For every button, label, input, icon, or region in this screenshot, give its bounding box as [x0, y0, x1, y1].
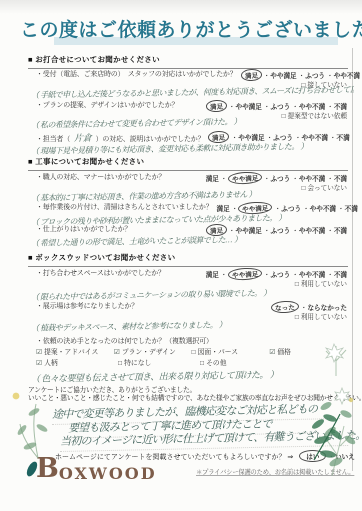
question-label: ・プランの提案、デザインはいかがでしたか？ — [36, 100, 178, 110]
checkbox-icon — [114, 348, 120, 356]
checkbox-icon — [118, 360, 122, 367]
option-somewhat-satisfied: やや満足 — [227, 267, 262, 281]
boxwood-logo: B OXWOOD — [24, 455, 157, 482]
checkbox-icon — [192, 349, 196, 356]
handwritten-manager-name: 片倉 — [70, 133, 96, 143]
decision-checkbox-row-1: 提案・アドバイス プラン・デザイン 図面・パース 価格 — [36, 346, 347, 356]
question-label: ・打ち合わせスペースはいかがでしたか？ — [36, 268, 165, 278]
logo-rest: OXWOOD — [59, 466, 157, 482]
decision-item: 図面・パース — [192, 346, 270, 356]
checkbox-icon — [36, 348, 42, 356]
option-somewhat-satisfied: やや満足 — [236, 101, 262, 111]
option-full-satisfied: 満足 — [217, 203, 230, 213]
decision-item: 特になし — [118, 357, 200, 367]
question-craftsmen: ・職人の対応、マナーはいかがでしたか？ 満足やや満足ふつうやや不満不満 — [36, 172, 347, 184]
survey-scan-page: この度はご依頼ありがとうございました ■ お打合せについてお聞かせください ・受… — [0, 0, 362, 511]
question-label: ・担当者（片倉）の対応、説明はいかがでしたか？ — [36, 131, 204, 144]
question-label: ・展示場は参考になりましたか？ — [36, 301, 138, 311]
question-label: ・職人の対応、マナーはいかがでしたか？ — [36, 172, 165, 182]
checkbox-icon — [269, 348, 275, 356]
question-label: ・仕上がりはいかがでしたか？ — [36, 224, 131, 234]
question-label: ・毎作業後の片付け、清掃はきちんとされていましたか？ — [36, 202, 213, 212]
decision-item: 人柄 — [36, 357, 118, 367]
hp-options: はいいいえ — [299, 454, 355, 461]
question-label: ・受付（電話、ご来店時の） スタッフの対応はいかがでしたか？ — [36, 69, 237, 79]
question-label: ・依頼の決め手となったのは何でしたか？（複数選択可） — [36, 336, 213, 346]
section-boxwood-header: ■ ボックスウッドついてお聞かせください — [28, 252, 348, 267]
option-neutral: ふつう — [270, 269, 290, 279]
section-construction-header: ■ 工事についてお聞かせください — [28, 156, 348, 171]
decision-item: プラン・デザイン — [114, 346, 192, 356]
checkbox-icon — [200, 360, 204, 367]
question-decision-factor: ・依頼の決め手となったのは何でしたか？（複数選択可） — [36, 336, 347, 346]
option-full-satisfied: 満足 — [205, 99, 227, 112]
section-meeting-header: ■ お打合せについてお聞かせください — [28, 54, 348, 69]
scan-edge-line — [352, 48, 353, 471]
option-somewhat-satisfied: やや満足 — [238, 132, 264, 142]
option-no: いいえ — [335, 451, 355, 461]
decision-item: その他 — [200, 357, 282, 367]
handwritten-answer: （ 植栽やデッキスペース、素材など参考になりました。 ） — [31, 317, 354, 334]
checkbox-icon — [36, 359, 42, 367]
privacy-note: ＊プライバシー保護のため、お名前は掲載いたしません。 — [196, 467, 348, 476]
option-yes: はい — [299, 450, 326, 462]
option-somewhat-satisfied: やや満足 — [270, 70, 296, 80]
option-neutral: ふつう — [270, 173, 290, 183]
option-full-satisfied: 満足 — [206, 269, 219, 279]
handwritten-answer: （ 私の希望条件に合わせて変更も合わせてデザイン頂けた。 ） — [31, 114, 354, 131]
logo-initial: B — [36, 455, 59, 482]
arrow-icon: ⇒ — [287, 454, 293, 461]
handwritten-answer: （ 色々な要望も伝えさせて頂き、出来る限り対応して頂けた。 ） — [31, 366, 354, 385]
option-separator — [262, 73, 271, 80]
option-full-satisfied: 満足 — [240, 68, 262, 81]
option-full-satisfied: 満足 — [206, 173, 219, 183]
option-somewhat-satisfied: やや満足 — [227, 171, 262, 185]
page-title: この度はご依頼ありがとうございました — [20, 15, 350, 42]
decision-item: 価格 — [269, 346, 347, 356]
question-reception: ・受付（電話、ご来店時の） スタッフの対応はいかがでしたか？ 満足やや満足ふつう… — [36, 69, 347, 81]
handwritten-answer: （ 手紙で申し込んだ後どうなるかと思いましたが、何度も対応頂き、スムーズに打ち合… — [31, 84, 354, 101]
decision-checkbox-row-2: 人柄 特になし その他 — [36, 357, 347, 367]
decision-item: 提案・アドバイス — [36, 346, 114, 356]
